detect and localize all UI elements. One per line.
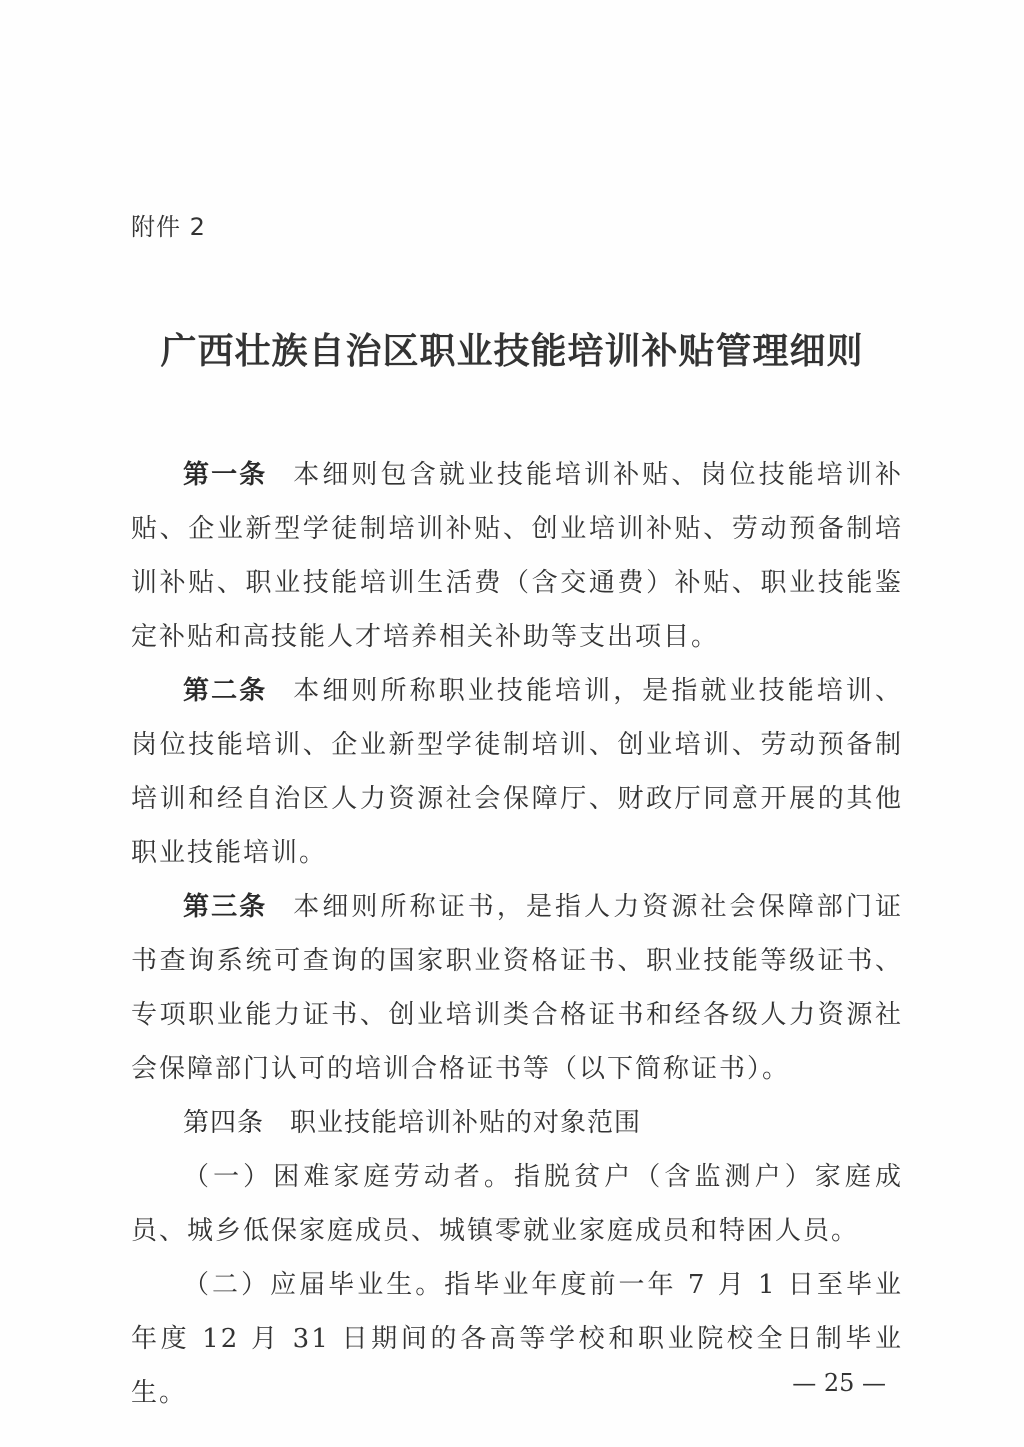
article-1: 第一条本细则包含就业技能培训补贴、岗位技能培训补贴、企业新型学徒制培训补贴、创业…	[131, 448, 903, 664]
article-2: 第二条本细则所称职业技能培训，是指就业技能培训、岗位技能培训、企业新型学徒制培训…	[131, 664, 903, 880]
item-2-text: （二）应届毕业生。指毕业年度前一年 7 月 1 日至毕业年度 12 月 31 日…	[131, 1270, 903, 1408]
article-4-item-2: （二）应届毕业生。指毕业年度前一年 7 月 1 日至毕业年度 12 月 31 日…	[131, 1258, 903, 1420]
article-4-text: 职业技能培训补贴的对象范围	[290, 1108, 641, 1138]
article-4-item-1: （一）困难家庭劳动者。指脱贫户（含监测户）家庭成员、城乡低保家庭成员、城镇零就业…	[131, 1150, 903, 1258]
article-2-heading: 第二条	[183, 676, 267, 706]
item-1-text: （一）困难家庭劳动者。指脱贫户（含监测户）家庭成员、城乡低保家庭成员、城镇零就业…	[131, 1162, 903, 1246]
article-1-heading: 第一条	[183, 460, 267, 490]
article-3: 第三条本细则所称证书，是指人力资源社会保障部门证书查询系统可查询的国家职业资格证…	[131, 880, 903, 1096]
document-title: 广西壮族自治区职业技能培训补贴管理细则	[0, 323, 1024, 374]
article-4: 第四条职业技能培训补贴的对象范围	[131, 1096, 903, 1150]
article-4-heading: 第四条	[183, 1108, 264, 1138]
attachment-label: 附件 2	[131, 207, 206, 242]
document-body: 第一条本细则包含就业技能培训补贴、岗位技能培训补贴、企业新型学徒制培训补贴、创业…	[131, 448, 903, 1420]
article-3-heading: 第三条	[183, 892, 267, 922]
page-number: — 25 —	[792, 1369, 886, 1397]
document-page: 附件 2 广西壮族自治区职业技能培训补贴管理细则 第一条本细则包含就业技能培训补…	[0, 0, 1024, 1447]
